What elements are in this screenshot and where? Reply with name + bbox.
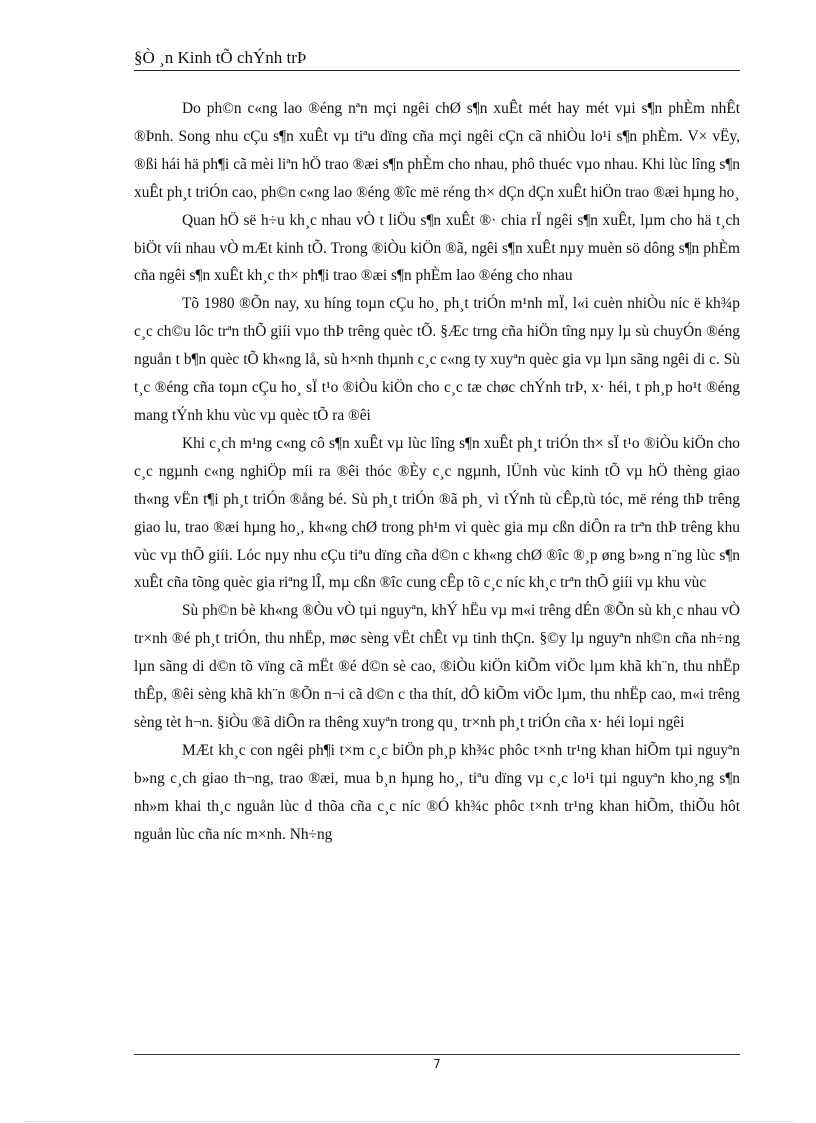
paragraph: Khi c¸ch m¹ng c«ng cô s¶n xuÊt vµ lùc l­… (134, 430, 740, 597)
body-text: Do ph©n c«ng lao ®éng nªn mçi ng­êi chØ … (134, 95, 740, 848)
document-page: §Ò ¸n Kinh tÕ chÝnh trÞ Do ph©n c«ng lao… (0, 0, 816, 1123)
paragraph: Sù ph©n bè kh«ng ®Òu vÒ tµi nguyªn, khÝ … (134, 597, 740, 737)
paragraph: Quan hÖ së h÷u kh¸c nhau vÒ t­ liÖu s¶n … (134, 207, 740, 291)
paragraph: Do ph©n c«ng lao ®éng nªn mçi ng­êi chØ … (134, 95, 740, 207)
page-number: 7 (134, 1057, 740, 1071)
paragraph: Tõ 1980 ®Õn nay, xu h­íng toµn cÇu ho¸ p… (134, 290, 740, 430)
paragraph: MÆt kh¸c con ng­êi ph¶i t×m c¸c biÖn ph¸… (134, 737, 740, 849)
footer-divider (134, 1054, 740, 1055)
running-header: §Ò ¸n Kinh tÕ chÝnh trÞ (134, 47, 740, 71)
page-boundary (24, 1121, 794, 1122)
